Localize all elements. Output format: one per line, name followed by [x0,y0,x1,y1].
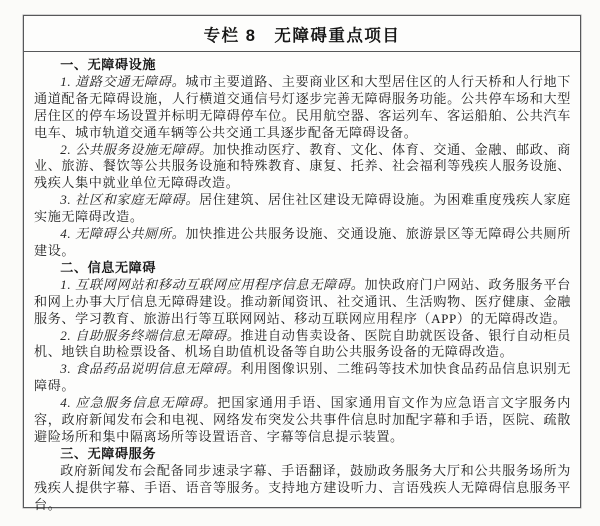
item-paragraph: 4. 应急服务信息无障碍。把国家通用手语、国家通用盲文作为应急语言文字服务内容，… [34,395,571,446]
item-paragraph: 1. 道路交通无障碍。城市主要道路、主要商业区和大型居住区的人行天桥和人行地下通… [34,74,571,142]
item-lead: 3. 食品药品说明信息无障碍。 [60,361,240,376]
item-lead: 4. 无障碍公共厕所。 [60,226,185,241]
item-paragraph: 1. 互联网网站和移动互联网应用程序信息无障碍。加快政府门户网站、政务服务平台和… [34,277,571,328]
item-lead: 4. 应急服务信息无障碍。 [60,395,217,410]
item-paragraph: 2. 自助服务终端信息无障碍。推进自动售卖设备、医院自助就医设备、银行自动柜员机… [34,328,571,362]
item-paragraph: 4. 无障碍公共厕所。加快推进公共服务设施、交通设施、旅游景区等无障碍公共厕所建… [34,226,571,260]
item-lead: 3. 社区和家庭无障碍。 [60,192,199,207]
item-lead: 1. 道路交通无障碍。 [60,74,185,89]
item-lead: 2. 自助服务终端信息无障碍。 [60,328,240,343]
section-heading-facilities: 一、无障碍设施 [34,57,571,74]
section-heading-services: 三、无障碍服务 [34,446,571,463]
document-page: { "page": { "background_color": "#fbfbf9… [0,0,600,526]
column-title: 专栏 8 无障碍重点项目 [204,22,401,46]
item-lead: 1. 互联网网站和移动互联网应用程序信息无障碍。 [60,277,364,292]
item-lead: 2. 公共服务设施无障碍。 [60,142,213,157]
item-text: 政府新闻发布会配备同步速录字幕、手语翻译，鼓励政务服务大厅和公共服务场所为残疾人… [34,463,571,512]
item-paragraph: 3. 社区和家庭无障碍。居住建筑、居住社区建设无障碍设施。为困难重度残疾人家庭实… [34,192,571,226]
section-heading-information: 二、信息无障碍 [34,260,571,277]
column-title-row: 专栏 8 无障碍重点项目 [24,16,580,52]
item-paragraph: 2. 公共服务设施无障碍。加快推动医疗、教育、文化、体育、交通、金融、邮政、商业… [34,142,571,193]
column-box: 专栏 8 无障碍重点项目 一、无障碍设施 1. 道路交通无障碍。城市主要道路、主… [23,15,581,508]
item-paragraph: 政府新闻发布会配备同步速录字幕、手语翻译，鼓励政务服务大厅和公共服务场所为残疾人… [34,463,571,514]
item-paragraph: 3. 食品药品说明信息无障碍。利用图像识别、二维码等技术加快食品药品信息识别无障… [34,361,571,395]
column-body: 一、无障碍设施 1. 道路交通无障碍。城市主要道路、主要商业区和大型居住区的人行… [24,52,580,513]
